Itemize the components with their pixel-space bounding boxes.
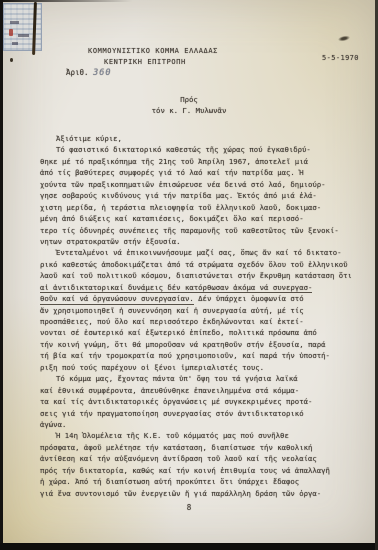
body-line: νονται σέ ἐσωτερικό καί ἐξωτερικό ἐπίπεδ… (40, 327, 355, 338)
body-line: πρόσφατα, ἀφοῦ μελέτησε τήν κατάσταση, δ… (40, 442, 355, 453)
paragraph: Ἡ 14η Ὁλομέλεια τῆς Κ.Ε. τοῦ κόμματός μα… (40, 430, 355, 499)
paragraph: Τό κόμμα μας, ἔχοντας πάντα ὑπ' ὄψη του … (40, 373, 355, 430)
ref-number: 360 (93, 68, 111, 78)
body-line: σεις γιά τήν πραγματοποίηση συνεργασίας … (40, 408, 355, 419)
body-line: τερο τίς ὀδυνηρές συνέπειες τῆς παραμονῆ… (40, 225, 355, 236)
body-line: χιστη μερίδα, ἡ τεράστια πλειοψηφία τοῦ … (40, 202, 355, 213)
body-line: ἄν χρησιμοποιηθεῖ ἡ συνεννόηση καί ἡ συν… (40, 305, 355, 316)
ref-label: Ἀριθ. (66, 68, 89, 77)
letter-body: Ἀξιότιμε κύριε,Τό φασιστικό δικτατορικό … (40, 133, 355, 499)
page-number: 8 (0, 503, 378, 512)
body-line: προσπάθειες, πού ὅλο καί περισσότερο ἐκδ… (40, 316, 355, 327)
paragraph: Ἀξιότιμε κύριε, (40, 133, 355, 144)
letter-date: 5-5-1970 (322, 54, 359, 62)
underlined-text: θοῦν καί νά ὀργανώσουν συνεργασίαν. (40, 294, 194, 305)
stamp-mark (10, 21, 19, 24)
body-line: Ἡ 14η Ὁλομέλεια τῆς Κ.Ε. τοῦ κόμματός μα… (40, 430, 355, 441)
body-line: ἀπό τίς βαθύτερες συμφορές γιά τό λαό κα… (40, 167, 355, 178)
body-line: χούντα τῶν πραξικοπηματιῶν ἐπισώρευσε νέ… (40, 179, 355, 190)
letterhead: ΚΟΜΜΟΥΝΙΣΤΙΚΟ ΚΟΜΜΑ ΕΛΛΑΔΑΣ ΚΕΝΤΡΙΚΗ ΕΠΙ… (88, 46, 218, 68)
paragraph: Τό φασιστικό δικτατορικό καθεστώς τῆς χώ… (40, 144, 355, 247)
body-line: ἀγώνα. (40, 419, 355, 430)
recipient-name: τόν κ. Γ. Μυλωνᾶν (0, 105, 378, 116)
recipient-to-label: Πρός (0, 94, 378, 105)
body-line: πρός τήν δικτατορία, καθώς καί τήν κοινή… (40, 465, 355, 476)
body-line: ἀντίθεση καί τήν αὐξανόμενη ἀντίδραση το… (40, 453, 355, 464)
body-line: ριξη πού τούς παρέχουν οἱ ξένοι ἰμπεριαλ… (40, 362, 355, 373)
underlined-text: αἱ ἀντιδικτατορικαί δυνάμεις δέν κατόρθω… (40, 283, 312, 294)
body-line: λαοῦ καί τοῦ πολιτικοῦ κόσμου, διαπιστών… (40, 270, 355, 281)
body-line: Τό κόμμα μας, ἔχοντας πάντα ὑπ' ὄψη του … (40, 373, 355, 384)
body-line: ρικό καθεστώς ἀποδοκιμάζεται ἀπό τά στρώ… (40, 259, 355, 270)
scanned-letter-page: ΚΟΜΜΟΥΝΙΣΤΙΚΟ ΚΟΜΜΑ ΕΛΛΑΔΑΣ ΚΕΝΤΡΙΚΗ ΕΠΙ… (0, 0, 378, 550)
paragraph: Ἐντεταλμένοι νά ἐπικοινωνήσουμε μαζί σας… (40, 247, 355, 373)
body-line: καί ἐθνικά συμφέροντα, ἀπευθύνθηκε ἐπανε… (40, 385, 355, 396)
body-line: Ἐντεταλμένοι νά ἐπικοινωνήσουμε μαζί σας… (40, 247, 355, 258)
ink-dot-icon (10, 58, 13, 62)
body-line: ἡ χώρα. Ἀπό τή διαπίστωση αὐτή προκύπτει… (40, 476, 355, 487)
body-line: μένη ἀπό διώξεις καί καταπιέσεις, δοκιμά… (40, 213, 355, 224)
stamp-mark (12, 42, 18, 45)
org-name: ΚΟΜΜΟΥΝΙΣΤΙΚΟ ΚΟΜΜΑ ΕΛΛΑΔΑΣ (88, 46, 218, 57)
body-line: Τό φασιστικό δικτατορικό καθεστώς τῆς χώ… (40, 144, 355, 155)
body-line: αἱ ἀντιδικτατορικαί δυνάμεις δέν κατόρθω… (40, 282, 355, 293)
org-committee: ΚΕΝΤΡΙΚΗ ΕΠΙΤΡΟΠΗ (88, 57, 218, 68)
body-line: τή βία καί τήν τρομοκρατία πού χρησιμοπο… (40, 350, 355, 361)
scan-edge-bottom (0, 543, 378, 550)
body-line: Ἀξιότιμε κύριε, (40, 133, 355, 144)
body-line: γιά ἕνα συντονισμό τῶν ἐνεργειῶν ἤ γιά π… (40, 488, 355, 499)
stamp-mark (18, 34, 29, 37)
stamp-red-mark (9, 29, 13, 36)
body-line: γησε σοβαρούς κινδύνους γιά τήν πατρίδα … (40, 190, 355, 201)
body-line: θηκε μέ τό πραξικόπημα τῆς 21ης τοῦ Ἀπρί… (40, 156, 355, 167)
body-line: θοῦν καί νά ὀργανώσουν συνεργασίαν. Δέν … (40, 293, 355, 304)
ref-number-line: Ἀριθ. 360 (66, 68, 111, 78)
body-line: νητων στρατοκρατῶν στήν ἐξουσία. (40, 236, 355, 247)
scan-edge-top (0, 0, 378, 2)
body-line: τα καί τίς ἀντιδικτατορικές ὀργανώσεις μ… (40, 396, 355, 407)
body-line: τήν κοινή γνώμη, ὅτι θά μποροῦσαν νά κρα… (40, 339, 355, 350)
recipient-block: Πρός τόν κ. Γ. Μυλωνᾶν (0, 94, 378, 116)
scan-edge-left (0, 0, 3, 550)
ink-smudge-icon (338, 35, 351, 42)
